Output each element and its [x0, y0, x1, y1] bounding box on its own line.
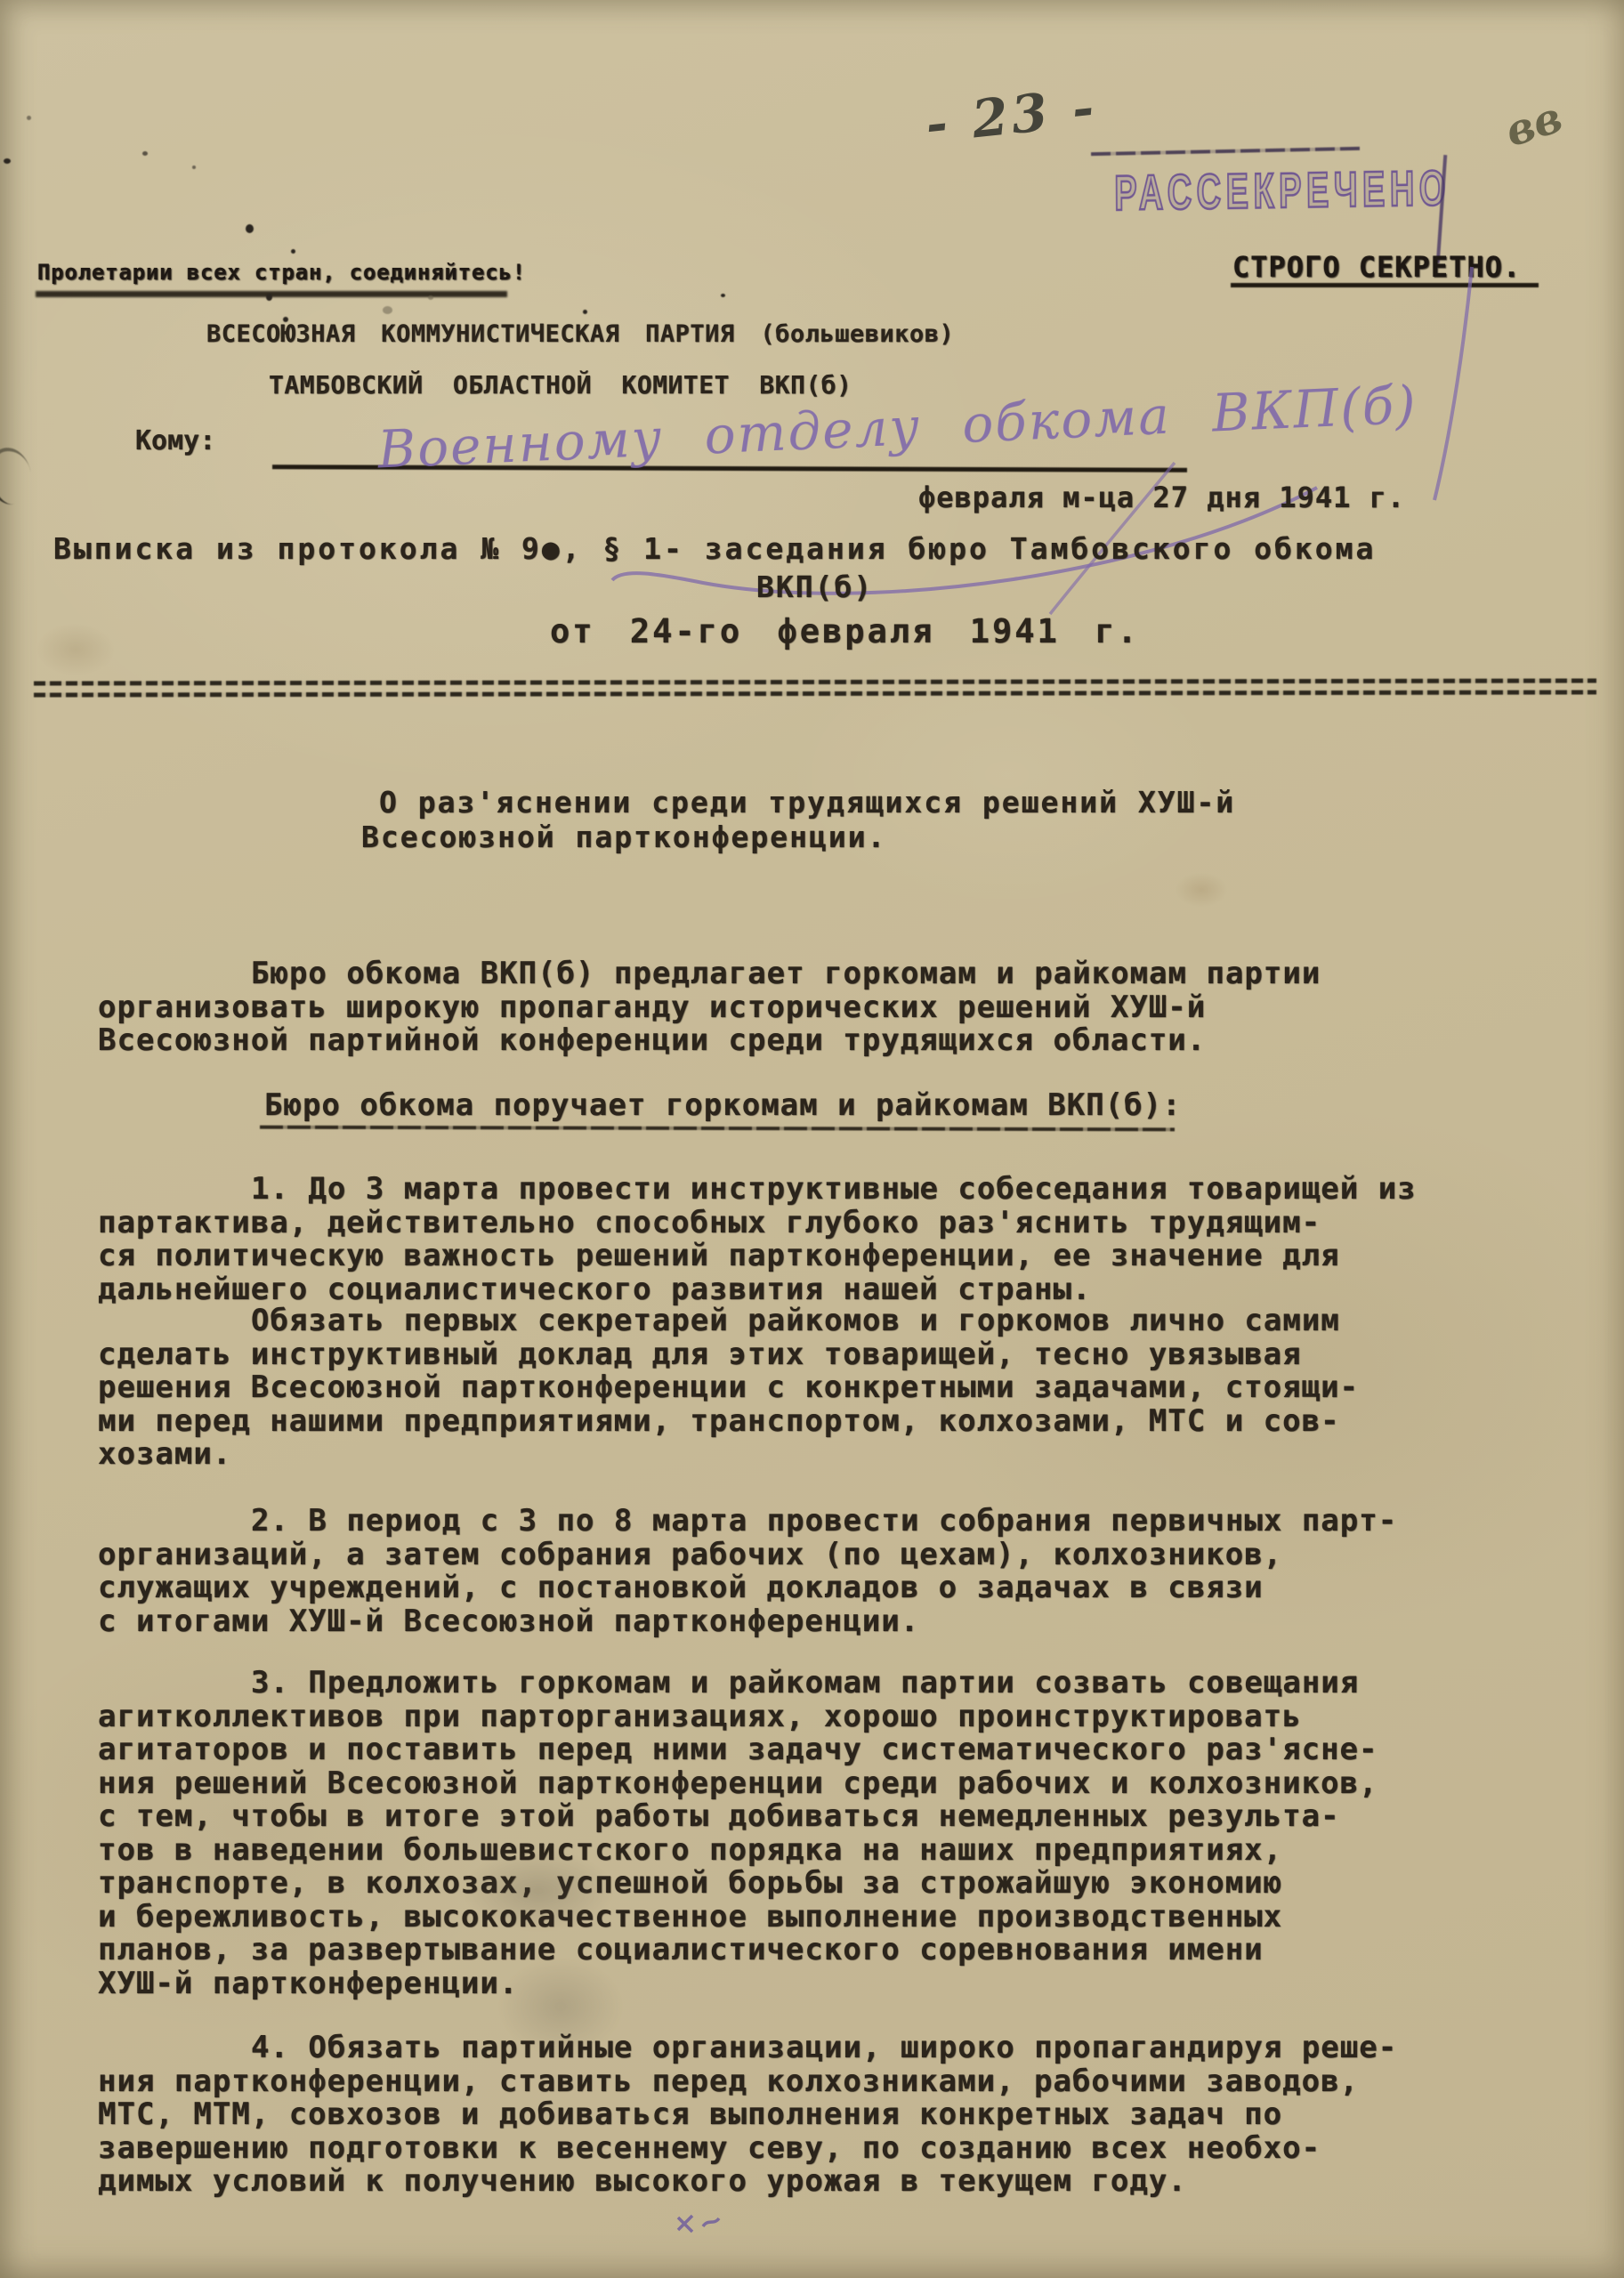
paragraph-point2: 2. В период с 3 по 8 марта провести собр… — [98, 1505, 1584, 1638]
date-line: февраля м-ца 27 дня 1941 г. — [918, 481, 1405, 514]
paragraph-point1: 1. До 3 марта провести инструктивные соб… — [98, 1173, 1584, 1306]
margin-pen-mark — [0, 444, 36, 508]
document-page: - 23 - вв РАССЕКРЕЧЕНО Пролетарии всех с… — [0, 0, 1624, 2278]
ink-speck — [192, 166, 196, 169]
ink-speck — [142, 151, 148, 156]
paragraph-point4: 4. Обязать партийные организации, широко… — [98, 2032, 1584, 2199]
slogan: Пролетарии всех стран, соединяйтесь! — [37, 260, 526, 285]
ink-speck — [428, 295, 433, 300]
bottom-check-mark — [678, 2216, 719, 2232]
ink-speck — [291, 249, 295, 254]
corner-scribble: вв — [1499, 93, 1568, 158]
paragraph-instruct: Бюро обкома поручает горкомам и райкомам… — [264, 1087, 1182, 1123]
secrecy-label: СТРОГО СЕКРЕТНО. — [1232, 250, 1521, 284]
instruct-underline — [260, 1126, 1175, 1132]
declassified-stamp: РАССЕКРЕЧЕНО — [1114, 158, 1450, 222]
divider-line — [34, 690, 1596, 697]
ink-speck — [283, 317, 288, 322]
flourish-ascender — [1434, 267, 1472, 500]
addressee-label: Кому: — [135, 425, 215, 456]
protocol-line: Выписка из протокола № 9●, § 1- заседани… — [53, 531, 1376, 566]
ink-speck — [383, 306, 392, 314]
secrecy-underline — [1231, 283, 1539, 287]
ink-speck — [266, 294, 272, 301]
org-line-1: ВСЕСОЮЗНАЯ КОММУНИСТИЧЕСКАЯ ПАРТИЯ (боль… — [206, 320, 954, 348]
divider-line — [34, 678, 1596, 685]
stamp-top-line — [1091, 147, 1360, 156]
session-date: от 24-го февраля 1941 г. — [550, 612, 1140, 650]
paper-stain — [1175, 872, 1228, 908]
page-number: - 23 - — [923, 77, 1100, 155]
org-line-2: ТАМБОВСКИЙ ОБЛАСТНОЙ КОМИТЕТ ВКП(б) — [269, 370, 852, 400]
paragraph-point1b: Обязать первых секретарей райкомов и гор… — [98, 1305, 1584, 1472]
ink-speck — [583, 310, 587, 314]
paragraph-point3: 3. Предложить горкомам и райкомам партии… — [98, 1667, 1584, 2000]
paragraph-intro: Бюро обкома ВКП(б) предлагает горкомам и… — [98, 957, 1584, 1058]
paper-stain — [36, 623, 116, 676]
protocol-org: ВКП(б) — [756, 569, 873, 604]
subject-title: О раз'яснении среди трудящихся решений Х… — [361, 785, 1429, 854]
ink-speck — [27, 116, 31, 120]
ink-speck — [4, 158, 11, 164]
ink-speck — [246, 224, 254, 233]
ink-speck — [721, 294, 725, 297]
